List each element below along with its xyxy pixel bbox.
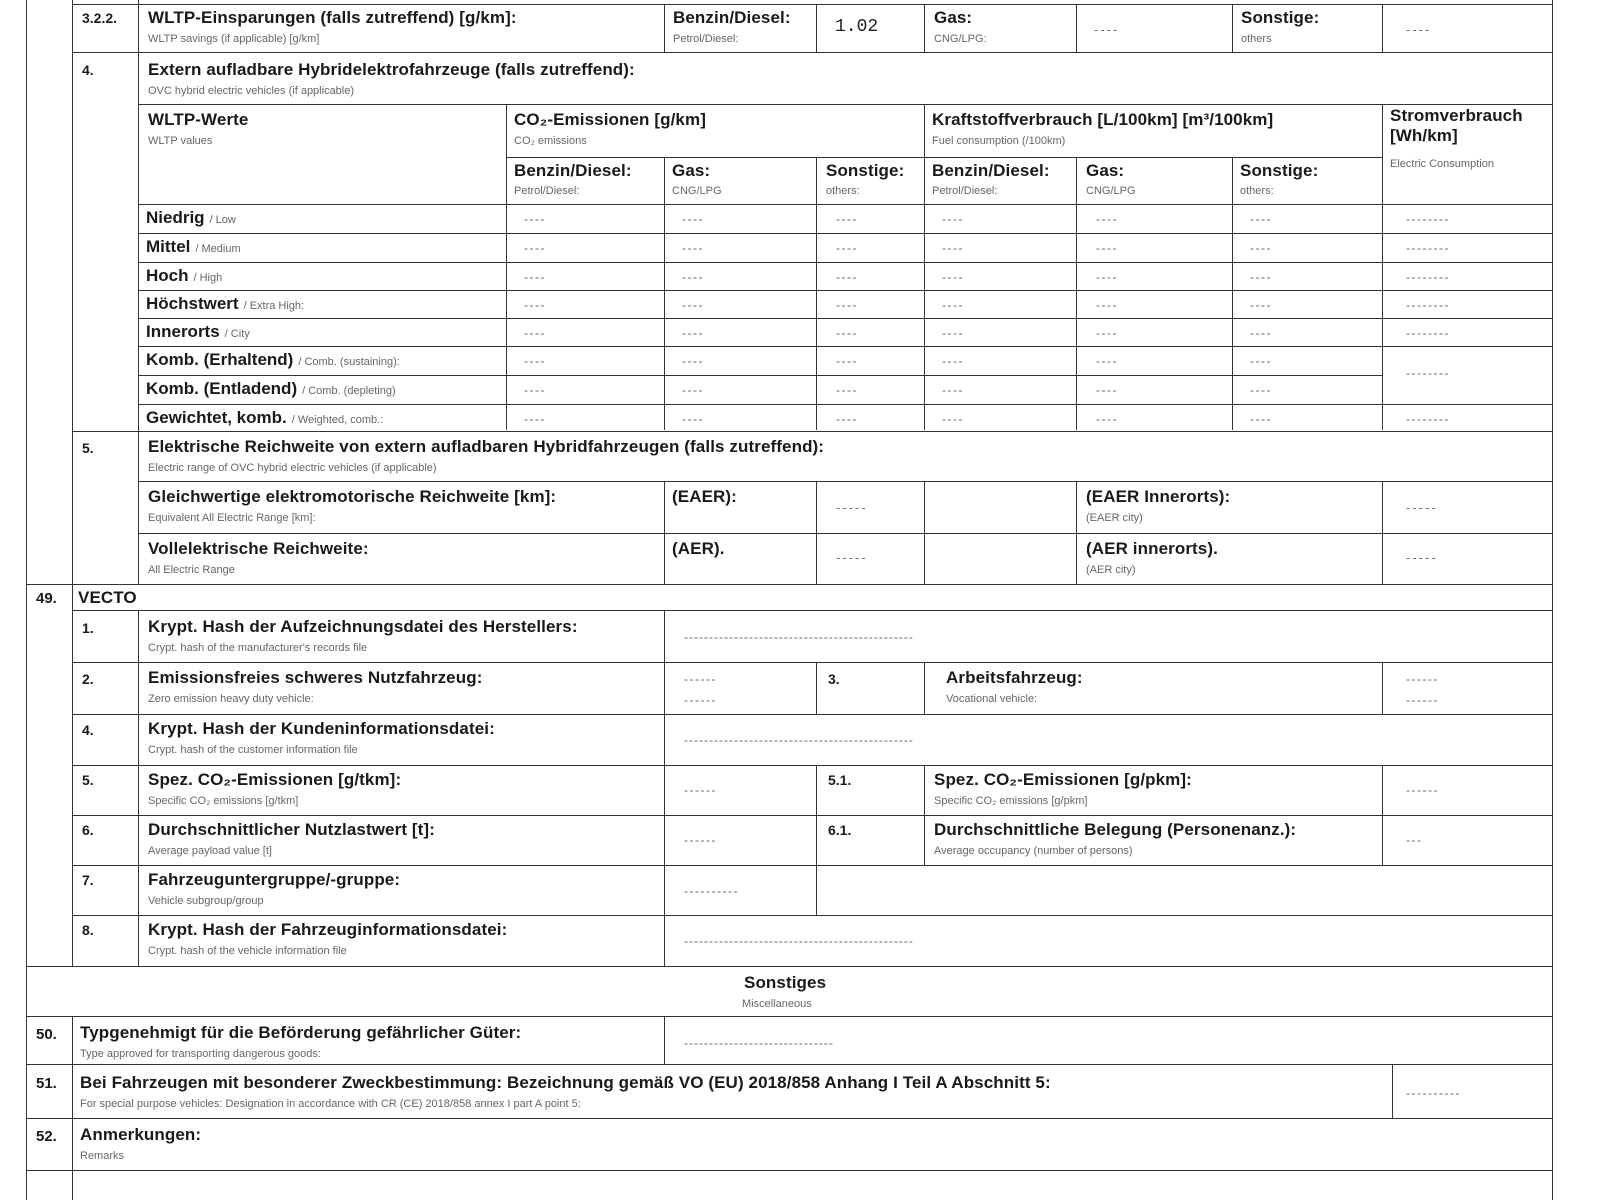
row-label-de: Gewichtet, komb. — [146, 408, 287, 427]
cell-value: ---- — [1096, 326, 1118, 340]
section-number: 49. — [36, 590, 57, 607]
row-label-en: / Extra High: — [244, 300, 305, 312]
aer-city-label: (AER innerorts). — [1086, 539, 1218, 559]
remarks-label: Anmerkungen: — [80, 1125, 201, 1145]
cell-value: ---- — [682, 412, 704, 426]
cell-value: ---- — [942, 326, 964, 340]
cell-value: ---- — [836, 212, 858, 226]
subcolumn-header: Benzin/Diesel: — [514, 161, 632, 181]
cell-value: ---- — [682, 298, 704, 312]
wltp-values-header-en: WLTP values — [148, 135, 212, 147]
row-label-de: Komb. (Entladend) — [146, 379, 297, 398]
vocational-vehicle-label-en: Vocational vehicle: — [946, 693, 1037, 705]
others-savings-value: ---- — [1406, 22, 1431, 37]
vehicle-subgroup-value: ---------- — [684, 884, 739, 898]
cell-value: ---- — [1096, 412, 1118, 426]
outer-right-border — [1552, 0, 1553, 1200]
vehicle-info-hash-label: Krypt. Hash der Fahrzeuginformationsdate… — [148, 920, 507, 940]
cell-value: ---- — [836, 412, 858, 426]
electric-consumption-value: -------- — [1406, 241, 1450, 255]
vehicle-subgroup-label-en: Vehicle subgroup/group — [148, 895, 264, 907]
item-number: 52. — [36, 1128, 57, 1145]
subcolumn-header-en: CNG/LPG — [1086, 185, 1136, 197]
manufacturer-hash-label: Krypt. Hash der Aufzeichnungsdatei des H… — [148, 617, 578, 637]
section-title: Elektrische Reichweite von extern auflad… — [148, 437, 824, 457]
subcolumn-header-en: others: — [1240, 185, 1274, 197]
row-label-en: / City — [225, 328, 250, 340]
subcolumn-header-en: Petrol/Diesel: — [514, 185, 579, 197]
cell-value: ---- — [942, 270, 964, 284]
dangerous-goods-label-en: Type approved for transporting dangerous… — [80, 1048, 321, 1060]
comb-merged-electric-value: -------- — [1406, 366, 1450, 380]
co2-tkm-label-en: Specific CO₂ emissions [g/tkm] — [148, 795, 298, 807]
row-label-de: Höchstwert — [146, 294, 239, 313]
payload-label-en: Average payload value [t] — [148, 845, 272, 857]
cell-value: ---- — [524, 326, 546, 340]
electric-consumption-header: Stromverbrauch [Wh/km] — [1390, 106, 1548, 146]
electric-consumption-value: -------- — [1406, 412, 1450, 426]
special-purpose-label: Bei Fahrzeugen mit besonderer Zweckbesti… — [80, 1073, 1051, 1093]
row-label: Hoch/ High — [146, 266, 222, 286]
vocational-vehicle-value-2: ------ — [1406, 693, 1439, 707]
subcolumn-header-en: CNG/LPG — [672, 185, 722, 197]
customer-hash-label-en: Crypt. hash of the customer information … — [148, 744, 358, 756]
cell-value: ---- — [524, 212, 546, 226]
cell-value: ---- — [836, 383, 858, 397]
eaer-city-label-en: (EAER city) — [1086, 512, 1143, 524]
row-label-de: Komb. (Erhaltend) — [146, 350, 293, 369]
subcolumn-header: Gas: — [672, 161, 710, 181]
wltp-savings-label-en: WLTP savings (if applicable) [g/km] — [148, 33, 319, 45]
subcolumn-header: Benzin/Diesel: — [932, 161, 1050, 181]
eaer-city-value: ----- — [1406, 500, 1438, 515]
fuel-consumption-header: Kraftstoffverbrauch [L/100km] [m³/100km] — [932, 110, 1273, 130]
row-label-en: / Low — [210, 214, 236, 226]
subcolumn-header-en: Petrol/Diesel: — [932, 185, 997, 197]
cell-value: ---- — [682, 326, 704, 340]
cell-value: ---- — [836, 270, 858, 284]
row-label-en: / Comb. (sustaining): — [298, 356, 399, 368]
cell-value: ---- — [1096, 212, 1118, 226]
cell-value: ---- — [1096, 354, 1118, 368]
item-number: 5. — [82, 772, 94, 788]
eaer-label-en: Equivalent All Electric Range [km]: — [148, 512, 316, 524]
section-title: VECTO — [78, 588, 137, 608]
row-label: Niedrig/ Low — [146, 208, 236, 228]
co2-emissions-header-en: CO₂ emissions — [514, 135, 587, 147]
co2-emissions-header: CO₂-Emissionen [g/km] — [514, 110, 706, 130]
special-purpose-label-en: For special purpose vehicles: Designatio… — [80, 1098, 581, 1110]
cell-value: ---- — [1250, 270, 1272, 284]
aer-code: (AER). — [672, 539, 725, 559]
zero-emission-value-1: ------ — [684, 672, 717, 686]
item-number: 3.2.2. — [82, 10, 117, 26]
occupancy-label: Durchschnittliche Belegung (Personenanz.… — [934, 820, 1296, 840]
row-label-en: / Medium — [195, 243, 240, 255]
row-label: Gewichtet, komb./ Weighted, comb.: — [146, 408, 383, 428]
petrol-diesel-label: Benzin/Diesel: — [673, 8, 791, 28]
row-label: Komb. (Erhaltend)/ Comb. (sustaining): — [146, 350, 400, 370]
vehicle-info-hash-value: ----------------------------------------… — [684, 934, 914, 948]
cell-value: ---- — [524, 383, 546, 397]
row-label: Höchstwert/ Extra High: — [146, 294, 304, 314]
item-number: 6. — [82, 822, 94, 838]
aer-city-label-en: (AER city) — [1086, 564, 1136, 576]
manufacturer-hash-label-en: Crypt. hash of the manufacturer's record… — [148, 642, 367, 654]
row-label-de: Innerorts — [146, 322, 220, 341]
eaer-city-label: (EAER Innerorts): — [1086, 487, 1230, 507]
row-label-de: Hoch — [146, 266, 189, 285]
vocational-vehicle-label: Arbeitsfahrzeug: — [946, 668, 1083, 688]
eaer-code: (EAER): — [672, 487, 737, 507]
section-number: 5. — [82, 440, 94, 456]
item-number: 5.1. — [828, 772, 851, 788]
outer-left-border — [26, 0, 27, 1200]
aer-label: Vollelektrische Reichweite: — [148, 539, 369, 559]
zero-emission-value-2: ------ — [684, 693, 717, 707]
wltp-savings-label: WLTP-Einsparungen (falls zutreffend) [g/… — [148, 8, 517, 28]
cell-value: ---- — [524, 270, 546, 284]
misc-title-en: Miscellaneous — [742, 998, 812, 1010]
manufacturer-hash-value: ----------------------------------------… — [684, 630, 914, 644]
row-label-en: / Weighted, comb.: — [292, 414, 384, 426]
row-label-de: Mittel — [146, 237, 190, 256]
item-number: 3. — [828, 671, 840, 687]
section-title-en: OVC hybrid electric vehicles (if applica… — [148, 85, 354, 97]
cell-value: ---- — [942, 383, 964, 397]
cell-value: ---- — [682, 383, 704, 397]
cell-value: ---- — [682, 354, 704, 368]
section-number: 4. — [82, 62, 94, 78]
item-number: 7. — [82, 872, 94, 888]
aer-city-value: ----- — [1406, 550, 1438, 565]
cell-value: ---- — [942, 241, 964, 255]
payload-label: Durchschnittlicher Nutzlastwert [t]: — [148, 820, 435, 840]
gas-label-en: CNG/LPG: — [934, 33, 987, 45]
cell-value: ---- — [1250, 326, 1272, 340]
cell-value: ---- — [836, 298, 858, 312]
vocational-vehicle-value-1: ------ — [1406, 672, 1439, 686]
dangerous-goods-value: ------------------------------ — [684, 1036, 834, 1050]
subcolumn-header: Gas: — [1086, 161, 1124, 181]
petrol-diesel-label-en: Petrol/Diesel: — [673, 33, 738, 45]
section-title-en: Electric range of OVC hybrid electric ve… — [148, 462, 437, 474]
subcolumn-header: Sonstige: — [826, 161, 904, 181]
cell-value: ---- — [682, 241, 704, 255]
subcolumn-header: Sonstige: — [1240, 161, 1318, 181]
cell-value: ---- — [524, 354, 546, 368]
item-number: 50. — [36, 1026, 57, 1043]
cell-value: ---- — [836, 241, 858, 255]
section-title: Extern aufladbare Hybridelektrofahrzeuge… — [148, 60, 635, 80]
cell-value: ---- — [1250, 383, 1272, 397]
cell-value: ---- — [1096, 298, 1118, 312]
cell-value: ---- — [1096, 270, 1118, 284]
electric-consumption-header-en: Electric Consumption — [1390, 158, 1494, 170]
co2-pkm-value: ------ — [1406, 783, 1439, 797]
co2-tkm-label: Spez. CO₂-Emissionen [g/tkm]: — [148, 770, 401, 790]
zero-emission-label: Emissionsfreies schweres Nutzfahrzeug: — [148, 668, 482, 688]
others-label: Sonstige: — [1241, 8, 1319, 28]
co2-pkm-label: Spez. CO₂-Emissionen [g/pkm]: — [934, 770, 1192, 790]
customer-hash-label: Krypt. Hash der Kundeninformationsdatei: — [148, 719, 495, 739]
item-number: 51. — [36, 1075, 57, 1092]
occupancy-value: --- — [1406, 833, 1423, 847]
misc-title: Sonstiges — [744, 973, 826, 993]
petrol-diesel-savings-value: 1.02 — [835, 17, 878, 37]
item-number: 4. — [82, 722, 94, 738]
item-number: 8. — [82, 922, 94, 938]
eaer-label: Gleichwertige elektromotorische Reichwei… — [148, 487, 556, 507]
dangerous-goods-label: Typgenehmigt für die Beförderung gefährl… — [80, 1023, 521, 1043]
cell-value: ---- — [1250, 298, 1272, 312]
zero-emission-label-en: Zero emission heavy duty vehicle: — [148, 693, 314, 705]
fuel-consumption-header-en: Fuel consumption (/100km) — [932, 135, 1065, 147]
aer-value: ----- — [836, 550, 868, 565]
remarks-label-en: Remarks — [80, 1150, 124, 1162]
row-label-de: Niedrig — [146, 208, 205, 227]
co2-pkm-label-en: Specific CO₂ emissions [g/pkm] — [934, 795, 1087, 807]
cell-value: ---- — [1250, 354, 1272, 368]
subcolumn-header-en: others: — [826, 185, 860, 197]
row-label: Komb. (Entladend)/ Comb. (depleting) — [146, 379, 396, 399]
vehicle-info-hash-label-en: Crypt. hash of the vehicle information f… — [148, 945, 347, 957]
cell-value: ---- — [942, 212, 964, 226]
special-purpose-value: ---------- — [1406, 1086, 1461, 1100]
row-label: Innerorts/ City — [146, 322, 250, 342]
cell-value: ---- — [1096, 241, 1118, 255]
cell-value: ---- — [942, 412, 964, 426]
cell-value: ---- — [1096, 383, 1118, 397]
cell-value: ---- — [524, 298, 546, 312]
cell-value: ---- — [682, 270, 704, 284]
cell-value: ---- — [836, 354, 858, 368]
cell-value: ---- — [1250, 412, 1272, 426]
electric-consumption-value: -------- — [1406, 270, 1450, 284]
electric-consumption-value: -------- — [1406, 212, 1450, 226]
cell-value: ---- — [942, 298, 964, 312]
item-number: 2. — [82, 671, 94, 687]
cell-value: ---- — [942, 354, 964, 368]
row-label-en: / High — [194, 272, 223, 284]
eaer-value: ----- — [836, 500, 868, 515]
electric-consumption-value: -------- — [1406, 298, 1450, 312]
customer-hash-value: ----------------------------------------… — [684, 733, 914, 747]
item-number: 1. — [82, 620, 94, 636]
vehicle-subgroup-label: Fahrzeuguntergruppe/-gruppe: — [148, 870, 400, 890]
cell-value: ---- — [836, 326, 858, 340]
others-label-en: others — [1241, 33, 1272, 45]
cell-value: ---- — [1250, 212, 1272, 226]
cell-value: ---- — [524, 412, 546, 426]
cell-value: ---- — [682, 212, 704, 226]
occupancy-label-en: Average occupancy (number of persons) — [934, 845, 1133, 857]
payload-value: ------ — [684, 833, 717, 847]
item-number: 6.1. — [828, 822, 851, 838]
electric-consumption-value: -------- — [1406, 326, 1450, 340]
wltp-values-header: WLTP-Werte — [148, 110, 248, 130]
gas-savings-value: ---- — [1094, 22, 1119, 37]
row-label: Mittel/ Medium — [146, 237, 241, 257]
aer-label-en: All Electric Range — [148, 564, 235, 576]
cell-value: ---- — [524, 241, 546, 255]
cell-value: ---- — [1250, 241, 1272, 255]
gas-label: Gas: — [934, 8, 972, 28]
co2-tkm-value: ------ — [684, 783, 717, 797]
row-label-en: / Comb. (depleting) — [302, 385, 396, 397]
